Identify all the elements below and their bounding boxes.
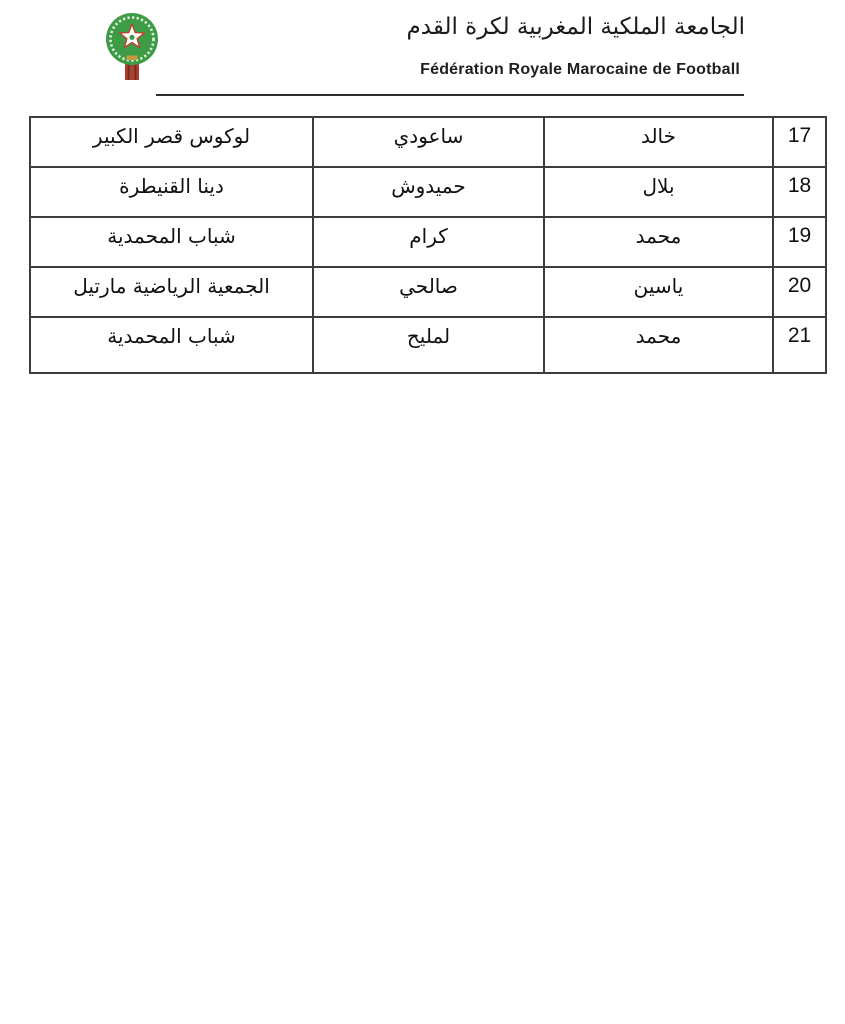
cell-club: الجمعية الرياضية مارتيل [30,267,313,317]
cell-first-name: بلال [544,167,773,217]
cell-club: لوكوس قصر الكبير [30,117,313,167]
player-roster-table: 17 خالد ساعودي لوكوس قصر الكبير 18 بلال … [29,116,827,374]
cell-number: 18 [773,167,826,217]
table-row: 19 محمد كرام شباب المحمدية [30,217,826,267]
cell-last-name: كرام [313,217,544,267]
frmf-crest-icon [102,12,162,84]
table-row: 20 ياسين صالحي الجمعية الرياضية مارتيل [30,267,826,317]
federation-title-french: Fédération Royale Marocaine de Football [420,61,740,79]
cell-club: شباب المحمدية [30,217,313,267]
table-row: 21 محمد لمليح شباب المحمدية [30,317,826,373]
cell-first-name: محمد [544,317,773,373]
cell-first-name: ياسين [544,267,773,317]
crest-star-mark [129,35,134,40]
table-row: 18 بلال حميدوش دينا القنيطرة [30,167,826,217]
cell-club: شباب المحمدية [30,317,313,373]
federation-title-arabic: الجامعة الملكية المغربية لكرة القدم [407,14,745,40]
cell-number: 20 [773,267,826,317]
cell-first-name: محمد [544,217,773,267]
document-page: الجامعة الملكية المغربية لكرة القدم Fédé… [0,0,845,1024]
cell-last-name: صالحي [313,267,544,317]
cell-last-name: لمليح [313,317,544,373]
cell-first-name: خالد [544,117,773,167]
crest-gold-band [127,56,138,61]
cell-last-name: ساعودي [313,117,544,167]
table-row: 17 خالد ساعودي لوكوس قصر الكبير [30,117,826,167]
header-divider [156,94,744,96]
cell-number: 17 [773,117,826,167]
cell-number: 21 [773,317,826,373]
cell-last-name: حميدوش [313,167,544,217]
cell-club: دينا القنيطرة [30,167,313,217]
cell-number: 19 [773,217,826,267]
